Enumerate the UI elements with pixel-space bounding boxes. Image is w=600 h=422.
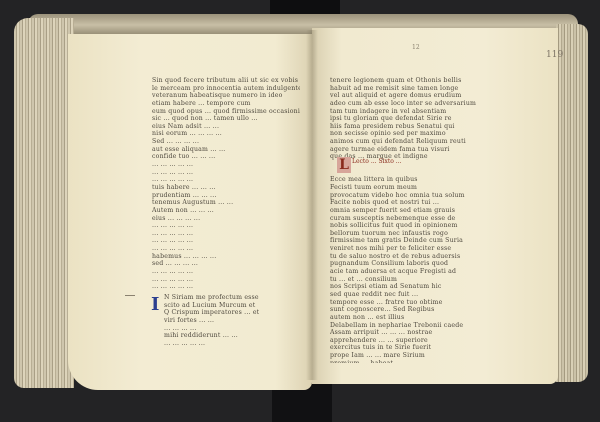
manuscript-line: ... ... ... ... ...	[152, 276, 300, 284]
manuscript-line: scito ad Lucium Murcum et	[164, 302, 300, 310]
manuscript-line: aut esse aliquam ... ...	[152, 146, 300, 154]
book-left-page-stack	[14, 18, 74, 388]
manuscript-line: prope Iam ... ... mare Sirium	[330, 352, 480, 360]
manuscript-line: omnia semper fuerit sed etiam grauis	[330, 207, 480, 215]
manuscript-line: tempore esse ... fratre tuo obtime	[330, 299, 480, 307]
manuscript-line: Facite nobis quod et nostri tui ...	[330, 199, 480, 207]
blue-initial: I	[151, 294, 159, 315]
manuscript-line: ... ... ... ...	[164, 325, 300, 333]
manuscript-line: confide tuo ... ... ...	[152, 153, 300, 161]
margin-mark	[125, 295, 135, 296]
manuscript-line: adeo cum ab esse loco inter se adversari…	[330, 100, 480, 108]
manuscript-line: curam susceptis nebemenque esse de	[330, 215, 480, 223]
manuscript-line: ... ... ... ... ...	[152, 176, 300, 184]
manuscript-line: mihi reddiderunt ... ...	[164, 332, 300, 340]
manuscript-line: ... ... ... ... ...	[152, 222, 300, 230]
manuscript-line: pugnandum Consilium laboris quod	[330, 260, 480, 268]
manuscript-line: viri fortes ... ...	[164, 317, 300, 325]
manuscript-line: tam tum indagere in vel absentiam	[330, 108, 480, 116]
manuscript-line: tenere legionem quam et Othonis bellis	[330, 77, 480, 85]
manuscript-line: sunt cognoscere... Sed Regibus	[330, 306, 480, 314]
manuscript-line: ... ... ... ... ...	[152, 283, 300, 291]
manuscript-line: provocatum videbo hoc omnia tua solum	[330, 192, 480, 200]
red-initial: L	[337, 157, 351, 173]
folio-number: 119	[546, 50, 563, 60]
manuscript-line: prudentiam ... ... ...	[152, 192, 300, 200]
manuscript-line: hiis fama presidem rebus Senatui qui	[330, 123, 480, 131]
manuscript-line: exercitus tuis in te Sirie fuerit	[330, 344, 480, 352]
manuscript-line: agere turmae eidem fama tua visuri	[330, 146, 480, 154]
book-right-page-stack	[556, 24, 588, 382]
manuscript-line: N Siriam me profectum esse	[164, 294, 300, 302]
manuscript-line: eum quod opus ... quod firmissime occasi…	[152, 108, 300, 116]
manuscript-line: Sed ... ... ... ...	[152, 138, 300, 146]
manuscript-line: tenemus Augustum ... ...	[152, 199, 300, 207]
manuscript-line: Q Crispum imperatores ... et	[164, 309, 300, 317]
manuscript-line: habemus ... ... ... ...	[152, 253, 300, 261]
manuscript-line: vel aut aliquid et agere domus erudium	[330, 92, 480, 100]
running-head: 12	[412, 44, 420, 51]
manuscript-line: ... ... ... ... ...	[152, 245, 300, 253]
manuscript-line: tu de saluo nostro et de rebus aduersis	[330, 253, 480, 261]
manuscript-line: Fecisti tuum eorum meum	[330, 184, 480, 192]
manuscript-line: ipsi tu gloriam que defendat Sirie re	[330, 115, 480, 123]
manuscript-line: animos cum qui defendat Reliquum reuti	[330, 138, 480, 146]
manuscript-line: bellorum tuorum nec infaustis rogo	[330, 230, 480, 238]
book-gutter	[306, 30, 318, 380]
manuscript-line: apprehendere ... ... superiore	[330, 337, 480, 345]
manuscript-line: nisi eorum ... ... ... ...	[152, 130, 300, 138]
manuscript-line: ... ... ... ... ...	[152, 230, 300, 238]
left-text-block-1: Sin quod fecere tributum alii ut sic ex …	[152, 77, 300, 323]
background-top-stand	[270, 0, 340, 14]
manuscript-line: ... ... ... ... ...	[152, 169, 300, 177]
manuscript-line: Autem non ... ... ...	[152, 207, 300, 215]
manuscript-line: habuit ad me remisit sine tamen longe	[330, 85, 480, 93]
right-text-block: tenere legionem quam et Othonis bellisha…	[330, 77, 480, 363]
manuscript-line	[330, 169, 480, 177]
manuscript-line: nos Scripsi etiam ad Senatum hic	[330, 283, 480, 291]
manuscript-line: ... ... ... ... ...	[152, 161, 300, 169]
manuscript-line: tu ... et ... consilium	[330, 276, 480, 284]
manuscript-line: Assam arripuit ... ... ... nostrae	[330, 329, 480, 337]
manuscript-line: eius ... ... ... ...	[152, 215, 300, 223]
rubric: Lecto ... Sixto ...	[352, 158, 402, 165]
manuscript-line: acie tam aduersa et acque Fregisti ad	[330, 268, 480, 276]
manuscript-line: nobis sollicitus fuit quod in opinionem	[330, 222, 480, 230]
manuscript-line: Delabellam in nephariae Trebonii caede	[330, 322, 480, 330]
manuscript-line: non secisse opinio sed per maximo	[330, 130, 480, 138]
manuscript-line: Ecce mea littera in quibus	[330, 176, 480, 184]
manuscript-line: tuis habere ... ... ...	[152, 184, 300, 192]
manuscript-line: ... ... ... ... ...	[164, 340, 300, 348]
manuscript-line: eius Nam adsit ... ...	[152, 123, 300, 131]
manuscript-line: premium ... habeat ... ... ...	[330, 360, 480, 363]
manuscript-line: le merceam pro innocentia autem indulgen…	[152, 85, 300, 93]
manuscript-line: Sin quod fecere tributum alii ut sic ex …	[152, 77, 300, 85]
manuscript-line: sic ... quod non ... tamen ullo ...	[152, 115, 300, 123]
manuscript-line: autem non ... est illius	[330, 314, 480, 322]
manuscript-line: sed ... ... ... ...	[152, 260, 300, 268]
manuscript-line: ... ... ... ... ...	[152, 268, 300, 276]
manuscript-line: sed quae reddit nec fuit ...	[330, 291, 480, 299]
manuscript-line: veniret nos mihi per te feliciter esse	[330, 245, 480, 253]
manuscript-line: veteranum habeatisque numero in ideo	[152, 92, 300, 100]
manuscript-line: ... ... ... ... ...	[152, 237, 300, 245]
manuscript-line: firmissime tam gratis Deinde cum Suria	[330, 237, 480, 245]
manuscript-line: etiam habere ... tempore cum	[152, 100, 300, 108]
left-text-block-2: N Siriam me profectum essescito ad Luciu…	[164, 294, 300, 364]
